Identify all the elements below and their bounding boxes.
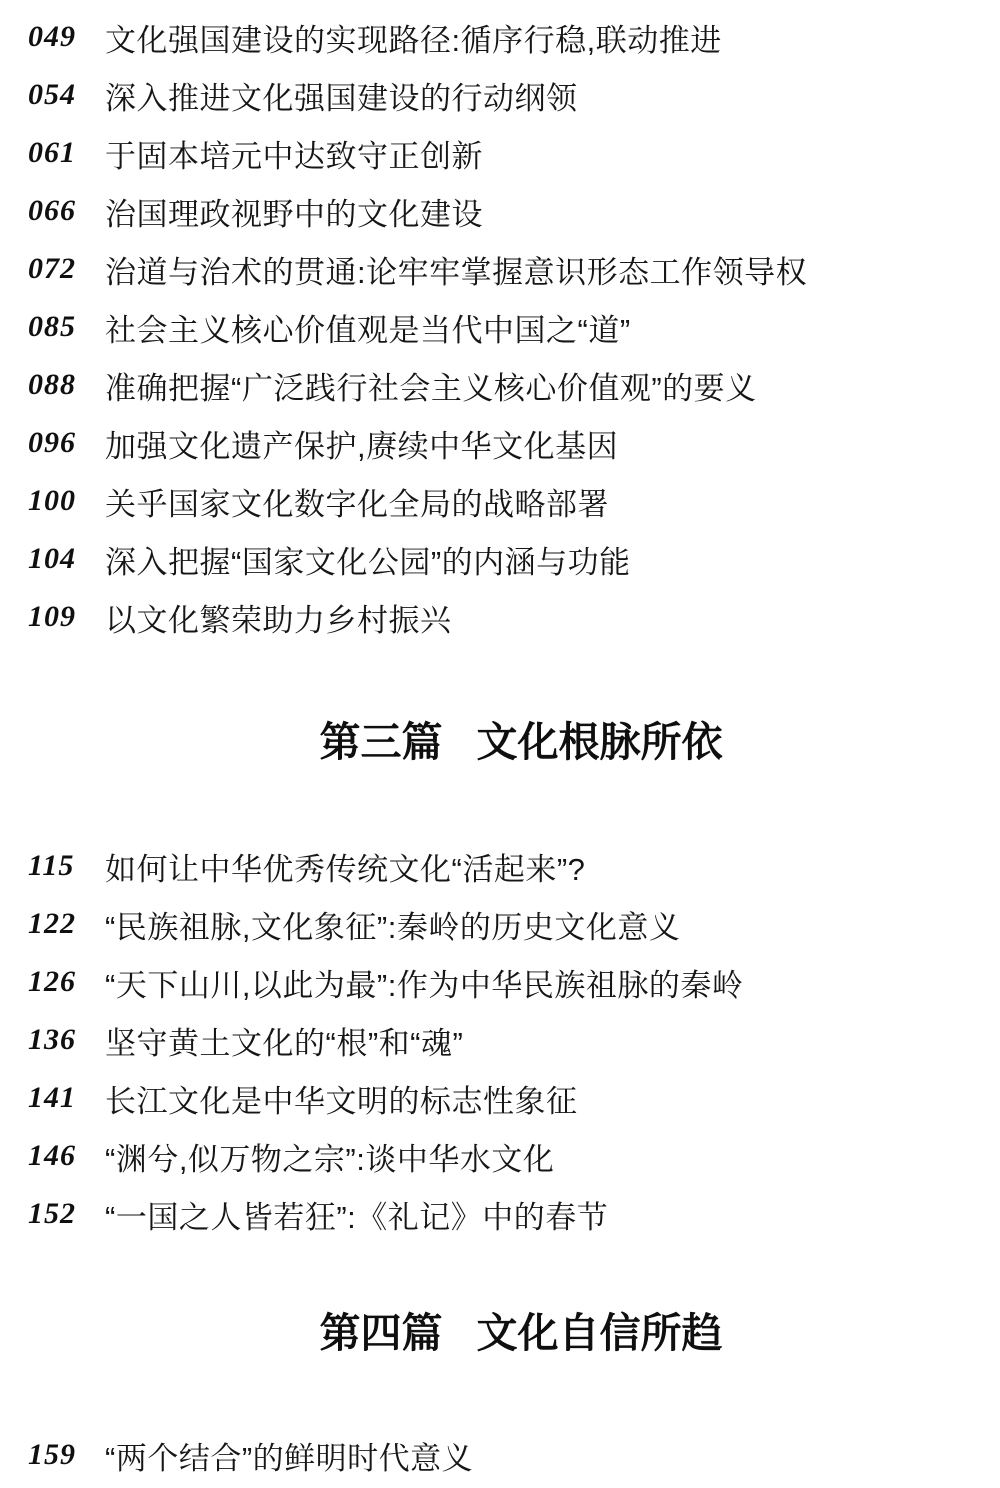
toc-entry-title: 文化强国建设的实现路径:循序行稳,联动推进	[105, 15, 722, 60]
toc-page-number: 054	[28, 78, 105, 112]
toc-page-number: 136	[28, 1023, 105, 1057]
toc-page-number: 104	[28, 542, 105, 576]
toc-entry: 115 如何让中华优秀传统文化“活起来”?	[0, 837, 1000, 895]
toc-page-number: 126	[28, 965, 105, 999]
section-header: 第三篇文化根脉所依	[0, 718, 1000, 766]
toc-entry: 088 准确把握“广泛践行社会主义核心价值观”的要义	[0, 356, 1000, 414]
toc-entry: 152 “一国之人皆若狂”:《礼记》中的春节	[0, 1185, 1000, 1243]
toc-entry-title: 治道与治术的贯通:论牢牢掌握意识形态工作领导权	[105, 247, 807, 292]
toc-entry: 072 治道与治术的贯通:论牢牢掌握意识形态工作领导权	[0, 240, 1000, 298]
toc-page-number: 152	[28, 1197, 105, 1231]
toc-page-number: 066	[28, 194, 105, 228]
toc-entry-title: 如何让中华优秀传统文化“活起来”?	[105, 844, 585, 889]
toc-page-number: 115	[28, 849, 105, 883]
toc-entry-title: 治国理政视野中的文化建设	[105, 189, 483, 234]
toc-entry: 136 坚守黄土文化的“根”和“魂”	[0, 1011, 1000, 1069]
toc-entry: 100 关乎国家文化数字化全局的战略部署	[0, 472, 1000, 530]
toc-page-number: 159	[28, 1438, 105, 1472]
toc-page-number: 085	[28, 310, 105, 344]
toc-entry-title: 以文化繁荣助力乡村振兴	[105, 595, 452, 640]
toc-entry: 096 加强文化遗产保护,赓续中华文化基因	[0, 414, 1000, 472]
section-header-title: 文化根脉所依	[477, 719, 723, 765]
toc-entry: 104 深入把握“国家文化公园”的内涵与功能	[0, 530, 1000, 588]
toc-entry-title: “民族祖脉,文化象征”:秦岭的历史文化意义	[105, 902, 680, 947]
toc-entry: 122 “民族祖脉,文化象征”:秦岭的历史文化意义	[0, 895, 1000, 953]
toc-page-number: 146	[28, 1139, 105, 1173]
toc-entry: 085 社会主义核心价值观是当代中国之“道”	[0, 298, 1000, 356]
toc-entry-title: “渊兮,似万物之宗”:谈中华水文化	[105, 1134, 554, 1179]
toc-entry: 061 于固本培元中达致守正创新	[0, 124, 1000, 182]
toc-page-number: 088	[28, 368, 105, 402]
toc-entry-title: 关乎国家文化数字化全局的战略部署	[105, 479, 609, 524]
toc-entry-title: 加强文化遗产保护,赓续中华文化基因	[105, 421, 618, 466]
toc-entry-title: 长江文化是中华文明的标志性象征	[105, 1076, 578, 1121]
toc-page-number: 141	[28, 1081, 105, 1115]
toc-entry: 066 治国理政视野中的文化建设	[0, 182, 1000, 240]
toc-page-number: 109	[28, 600, 105, 634]
toc-page-number: 072	[28, 252, 105, 286]
toc-page-number: 122	[28, 907, 105, 941]
toc-entry: 159 “两个结合”的鲜明时代意义	[0, 1426, 1000, 1484]
toc-entry-title: 深入推进文化强国建设的行动纲领	[105, 73, 578, 118]
toc-page-number: 061	[28, 136, 105, 170]
toc-entry-title: “一国之人皆若狂”:《礼记》中的春节	[105, 1192, 608, 1237]
toc-page-number: 096	[28, 426, 105, 460]
toc-entry: 146 “渊兮,似万物之宗”:谈中华水文化	[0, 1127, 1000, 1185]
toc-section: 第四篇文化自信所趋 159 “两个结合”的鲜明时代意义	[0, 1309, 1000, 1484]
toc-entry-title: 深入把握“国家文化公园”的内涵与功能	[105, 537, 631, 582]
toc-page-number: 049	[28, 20, 105, 54]
section-header: 第四篇文化自信所趋	[0, 1309, 1000, 1357]
section-header-title: 文化自信所趋	[477, 1310, 723, 1356]
section-header-label: 第四篇	[320, 1310, 443, 1356]
toc-page-number: 100	[28, 484, 105, 518]
toc-entry-title: 于固本培元中达致守正创新	[105, 131, 483, 176]
toc-entry-title: “两个结合”的鲜明时代意义	[105, 1433, 473, 1478]
toc-entry: 109 以文化繁荣助力乡村振兴	[0, 588, 1000, 646]
toc-entry-title: 坚守黄土文化的“根”和“魂”	[105, 1018, 463, 1063]
section-header-label: 第三篇	[320, 719, 443, 765]
toc-entry: 049 文化强国建设的实现路径:循序行稳,联动推进	[0, 8, 1000, 66]
toc-entry-title: 准确把握“广泛践行社会主义核心价值观”的要义	[105, 363, 757, 408]
book-toc-page: 049 文化强国建设的实现路径:循序行稳,联动推进 054 深入推进文化强国建设…	[0, 0, 1000, 1488]
toc-entry-title: “天下山川,以此为最”:作为中华民族祖脉的秦岭	[105, 960, 743, 1005]
table-of-contents: 049 文化强国建设的实现路径:循序行稳,联动推进 054 深入推进文化强国建设…	[0, 8, 1000, 1484]
toc-section: 049 文化强国建设的实现路径:循序行稳,联动推进 054 深入推进文化强国建设…	[0, 8, 1000, 646]
toc-entry-title: 社会主义核心价值观是当代中国之“道”	[105, 305, 631, 350]
toc-section: 第三篇文化根脉所依 115 如何让中华优秀传统文化“活起来”? 122 “民族祖…	[0, 718, 1000, 1243]
toc-entry: 126 “天下山川,以此为最”:作为中华民族祖脉的秦岭	[0, 953, 1000, 1011]
toc-entry: 054 深入推进文化强国建设的行动纲领	[0, 66, 1000, 124]
toc-entry: 141 长江文化是中华文明的标志性象征	[0, 1069, 1000, 1127]
